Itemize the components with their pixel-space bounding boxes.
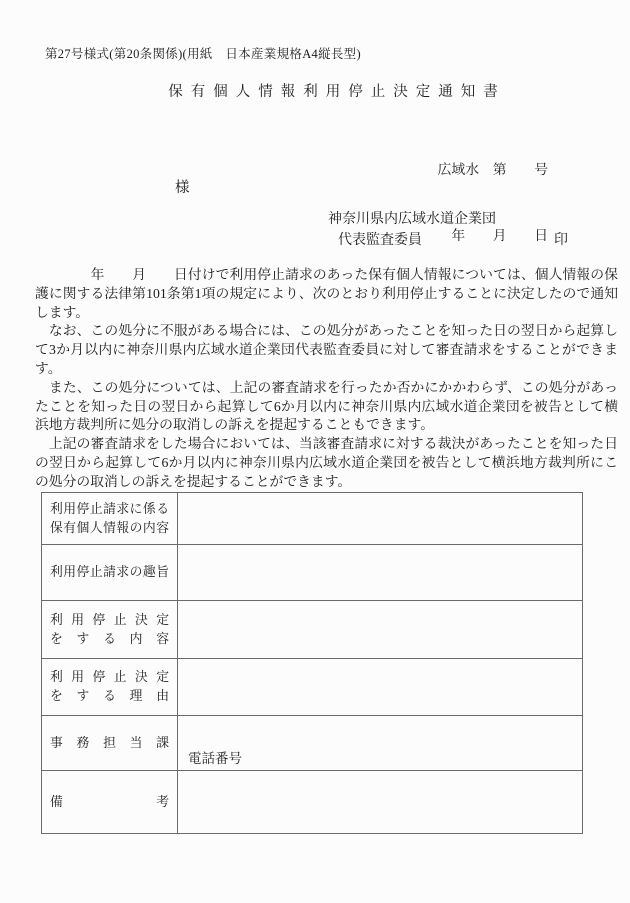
row-value-cell	[178, 493, 582, 544]
document-page: 第27号様式(第20条関係)(用紙 日本産業規格A4縦長型) 保有個人情報利用停…	[0, 0, 630, 903]
row-value-cell	[178, 601, 582, 658]
document-title: 保有個人情報利用停止決定通知書	[0, 80, 630, 101]
table-row-office-in-charge: 事務担当課 電話番号	[42, 715, 582, 770]
table-row-retained-info: 利用停止請求に係る 保有個人情報の内容	[42, 493, 582, 544]
sender-title: 代表監査委員	[338, 230, 422, 251]
row-label: 利用停止請求の趣旨	[42, 545, 178, 600]
body-paragraph: 年 月 日付けで利用停止請求のあった保有個人情報については、個人情報の保護に関す…	[35, 266, 618, 322]
form-number-line: 第27号様式(第20条関係)(用紙 日本産業規格A4縦長型)	[45, 44, 361, 62]
row-value-cell	[178, 545, 582, 600]
row-value-cell	[178, 659, 582, 715]
table-row-remarks: 備考	[42, 770, 582, 833]
seal-mark: 印	[554, 230, 568, 251]
row-label: 利用停止決定 をする理由	[42, 659, 178, 715]
form-table: 利用停止請求に係る 保有個人情報の内容 利用停止請求の趣旨 利用停止決定 をする…	[41, 492, 583, 834]
table-row-decision-content: 利用停止決定 をする内容	[42, 600, 582, 658]
notice-body: 年 月 日付けで利用停止請求のあった保有個人情報については、個人情報の保護に関す…	[35, 266, 618, 492]
row-label: 事務担当課	[42, 716, 178, 770]
sender-organization: 神奈川県内広域水道企業団	[328, 209, 568, 230]
sender-block: 神奈川県内広域水道企業団 代表監査委員 印	[328, 209, 568, 251]
table-row-request-purpose: 利用停止請求の趣旨	[42, 544, 582, 600]
doc-meta-block: 広域水 第 号 年 月 日	[438, 115, 548, 291]
row-value-cell	[178, 771, 582, 833]
phone-number-label: 電話番号	[178, 716, 582, 770]
doc-number-line: 広域水 第 号	[438, 159, 548, 181]
table-row-decision-reason: 利用停止決定 をする理由	[42, 658, 582, 715]
row-label: 備考	[42, 771, 178, 833]
body-paragraph: また、この処分については、上記の審査請求を行ったか否かにかかわらず、この処分があ…	[35, 379, 618, 435]
body-paragraph: 上記の審査請求をした場合においては、当該審査請求に対する裁決があったことを知った…	[35, 435, 618, 491]
recipient-honorific: 様	[175, 176, 190, 197]
row-label: 利用停止請求に係る 保有個人情報の内容	[42, 493, 178, 544]
row-label: 利用停止決定 をする内容	[42, 601, 178, 658]
body-paragraph: なお、この処分に不服がある場合には、この処分があったことを知った日の翌日から起算…	[35, 322, 618, 378]
